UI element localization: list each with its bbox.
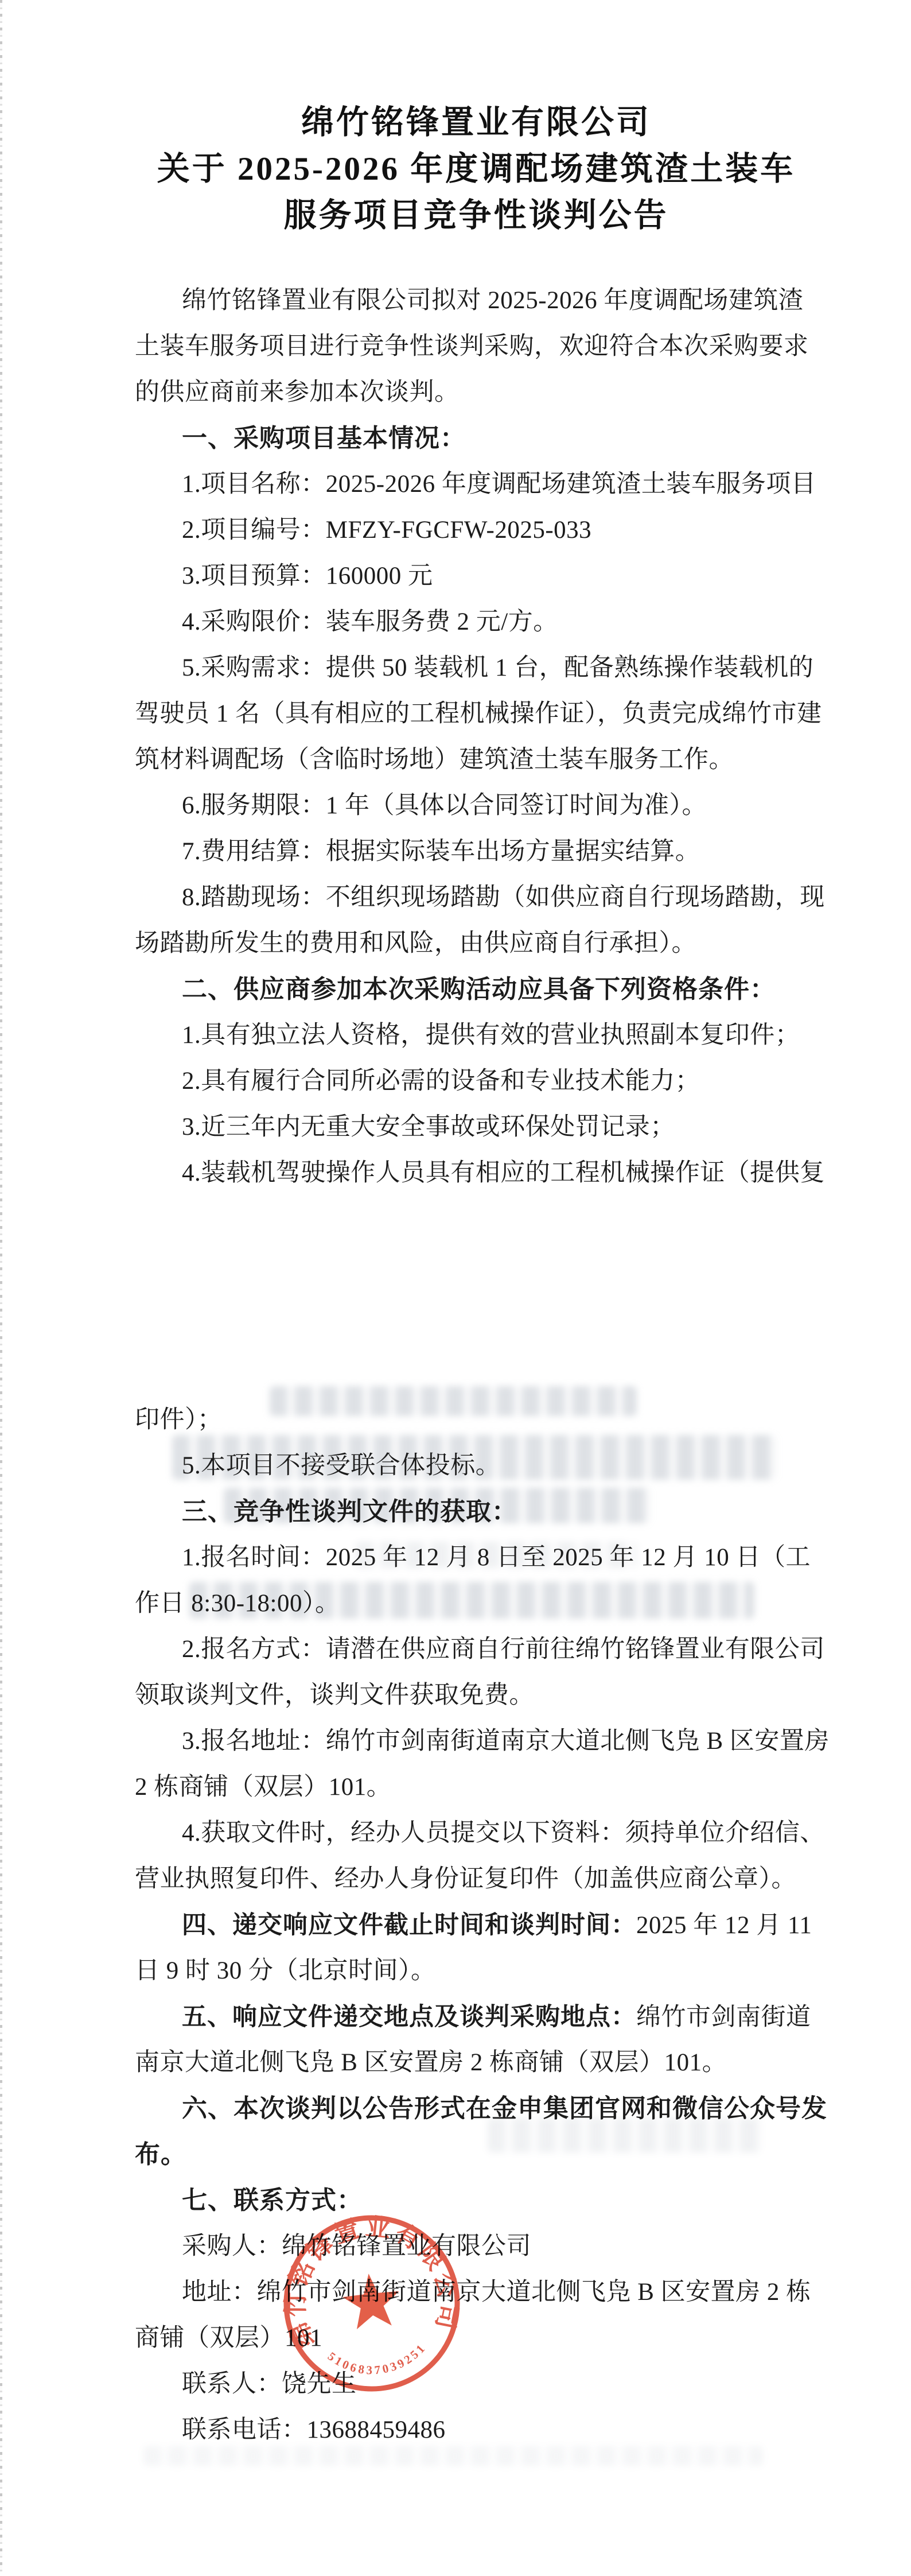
doc-line-heading: 五、响应文件递交地点及谈判采购地点： bbox=[182, 2003, 636, 2031]
doc-line: 五、响应文件递交地点及谈判采购地点：绵竹市剑南街道 bbox=[182, 2002, 879, 2032]
doc-line: 3.项目预算：160000 元 bbox=[182, 561, 879, 591]
document-title-line: 服务项目竞争性谈判公告 bbox=[135, 198, 817, 234]
doc-line: 绵竹铭锋置业有限公司拟对 2025-2026 年度调配场建筑渣 bbox=[182, 286, 879, 316]
doc-line: 4.装载机驾驶操作人员具有相应的工程机械操作证（提供复 bbox=[182, 1158, 879, 1188]
doc-line: 南京大道北侧飞凫 B 区安置房 2 栋商铺（双层）101。 bbox=[135, 2048, 832, 2078]
scan-edge-artifact bbox=[0, 0, 2, 2576]
doc-line: 二、供应商参加本次采购活动应具备下列资格条件： bbox=[182, 975, 879, 1004]
doc-line: 3.近三年内无重大安全事故或环保处罚记录； bbox=[182, 1112, 879, 1142]
doc-line-heading: 四、递交响应文件截止时间和谈判时间： bbox=[182, 1911, 636, 1939]
doc-line: 营业执照复印件、经办人身份证复印件（加盖供应商公章）。 bbox=[135, 1864, 832, 1894]
doc-line: 5.采购需求：提供 50 装载机 1 台，配备熟练操作装载机的 bbox=[182, 653, 879, 683]
doc-line: 土装车服务项目进行竞争性谈判采购，欢迎符合本次采购要求 bbox=[135, 332, 832, 362]
company-seal-stamp: 绵竹铭锋置业有限公司 5106837039251 bbox=[271, 2202, 473, 2404]
doc-line: 的供应商前来参加本次谈判。 bbox=[135, 378, 832, 408]
star-icon bbox=[340, 2271, 402, 2330]
document-page: 绵竹铭锋置业有限公司关于 2025-2026 年度调配场建筑渣土装车服务项目竞争… bbox=[0, 0, 911, 2576]
doc-line: 日 9 时 30 分（北京时间）。 bbox=[135, 1956, 832, 1986]
doc-line-text: 2025 年 12 月 11 bbox=[636, 1912, 812, 1939]
doc-line: 4.采购限价：装车服务费 2 元/方。 bbox=[182, 607, 879, 637]
doc-line: 4.获取文件时，经办人员提交以下资料：须持单位介绍信、 bbox=[182, 1818, 879, 1848]
doc-line: 2.具有履行合同所必需的设备和专业技术能力； bbox=[182, 1066, 879, 1096]
doc-line: 一、采购项目基本情况： bbox=[182, 424, 879, 453]
doc-line: 8.踏勘现场：不组织现场踏勘（如供应商自行现场踏勘，现 bbox=[182, 883, 879, 913]
doc-line: 四、递交响应文件截止时间和谈判时间：2025 年 12 月 11 bbox=[182, 1910, 879, 1941]
doc-line: 联系电话：13688459486 bbox=[182, 2415, 879, 2445]
doc-line: 布。 bbox=[135, 2140, 832, 2170]
doc-line: 三、竞争性谈判文件的获取： bbox=[182, 1497, 879, 1527]
doc-line: 1.报名时间：2025 年 12 月 8 日至 2025 年 12 月 10 日… bbox=[182, 1543, 879, 1573]
doc-line: 7.费用结算：根据实际装车出场方量据实结算。 bbox=[182, 837, 879, 867]
doc-line: 驾驶员 1 名（具有相应的工程机械操作证），负责完成绵竹市建 bbox=[135, 699, 832, 729]
bleed-through-artifact bbox=[143, 2446, 763, 2466]
doc-line: 作日 8:30-18:00）。 bbox=[135, 1589, 832, 1619]
doc-line: 印件）； bbox=[135, 1405, 832, 1435]
doc-line: 七、联系方式： bbox=[182, 2186, 879, 2216]
doc-line: 2.项目编号：MFZY-FGCFW-2025-033 bbox=[182, 515, 879, 545]
doc-line: 领取谈判文件，谈判文件获取免费。 bbox=[135, 1681, 832, 1710]
doc-line: 场踏勘所发生的费用和风险，由供应商自行承担）。 bbox=[135, 929, 832, 959]
doc-line: 1.项目名称：2025-2026 年度调配场建筑渣土装车服务项目 bbox=[182, 470, 879, 499]
doc-line: 3.报名地址：绵竹市剑南街道南京大道北侧飞凫 B 区安置房 bbox=[182, 1727, 879, 1756]
doc-line-text: 绵竹市剑南街道 bbox=[636, 2004, 811, 2031]
doc-line: 6.服务期限：1 年（具体以合同签订时间为准）。 bbox=[182, 791, 879, 821]
doc-line: 1.具有独立法人资格，提供有效的营业执照副本复印件； bbox=[182, 1021, 879, 1050]
document-title-line: 关于 2025-2026 年度调配场建筑渣土装车 bbox=[135, 152, 817, 187]
document-title-line: 绵竹铭锋置业有限公司 bbox=[135, 105, 817, 141]
doc-line: 5.本项目不接受联合体投标。 bbox=[182, 1451, 879, 1481]
doc-line: 筑材料调配场（含临时场地）建筑渣土装车服务工作。 bbox=[135, 745, 832, 775]
doc-line: 2 栋商铺（双层）101。 bbox=[135, 1772, 832, 1802]
doc-line: 2.报名方式：请潜在供应商自行前往绵竹铭锋置业有限公司 bbox=[182, 1635, 879, 1665]
doc-line: 商铺（双层）101 bbox=[135, 2323, 832, 2353]
doc-line: 六、本次谈判以公告形式在金申集团官网和微信公众号发 bbox=[182, 2094, 879, 2124]
